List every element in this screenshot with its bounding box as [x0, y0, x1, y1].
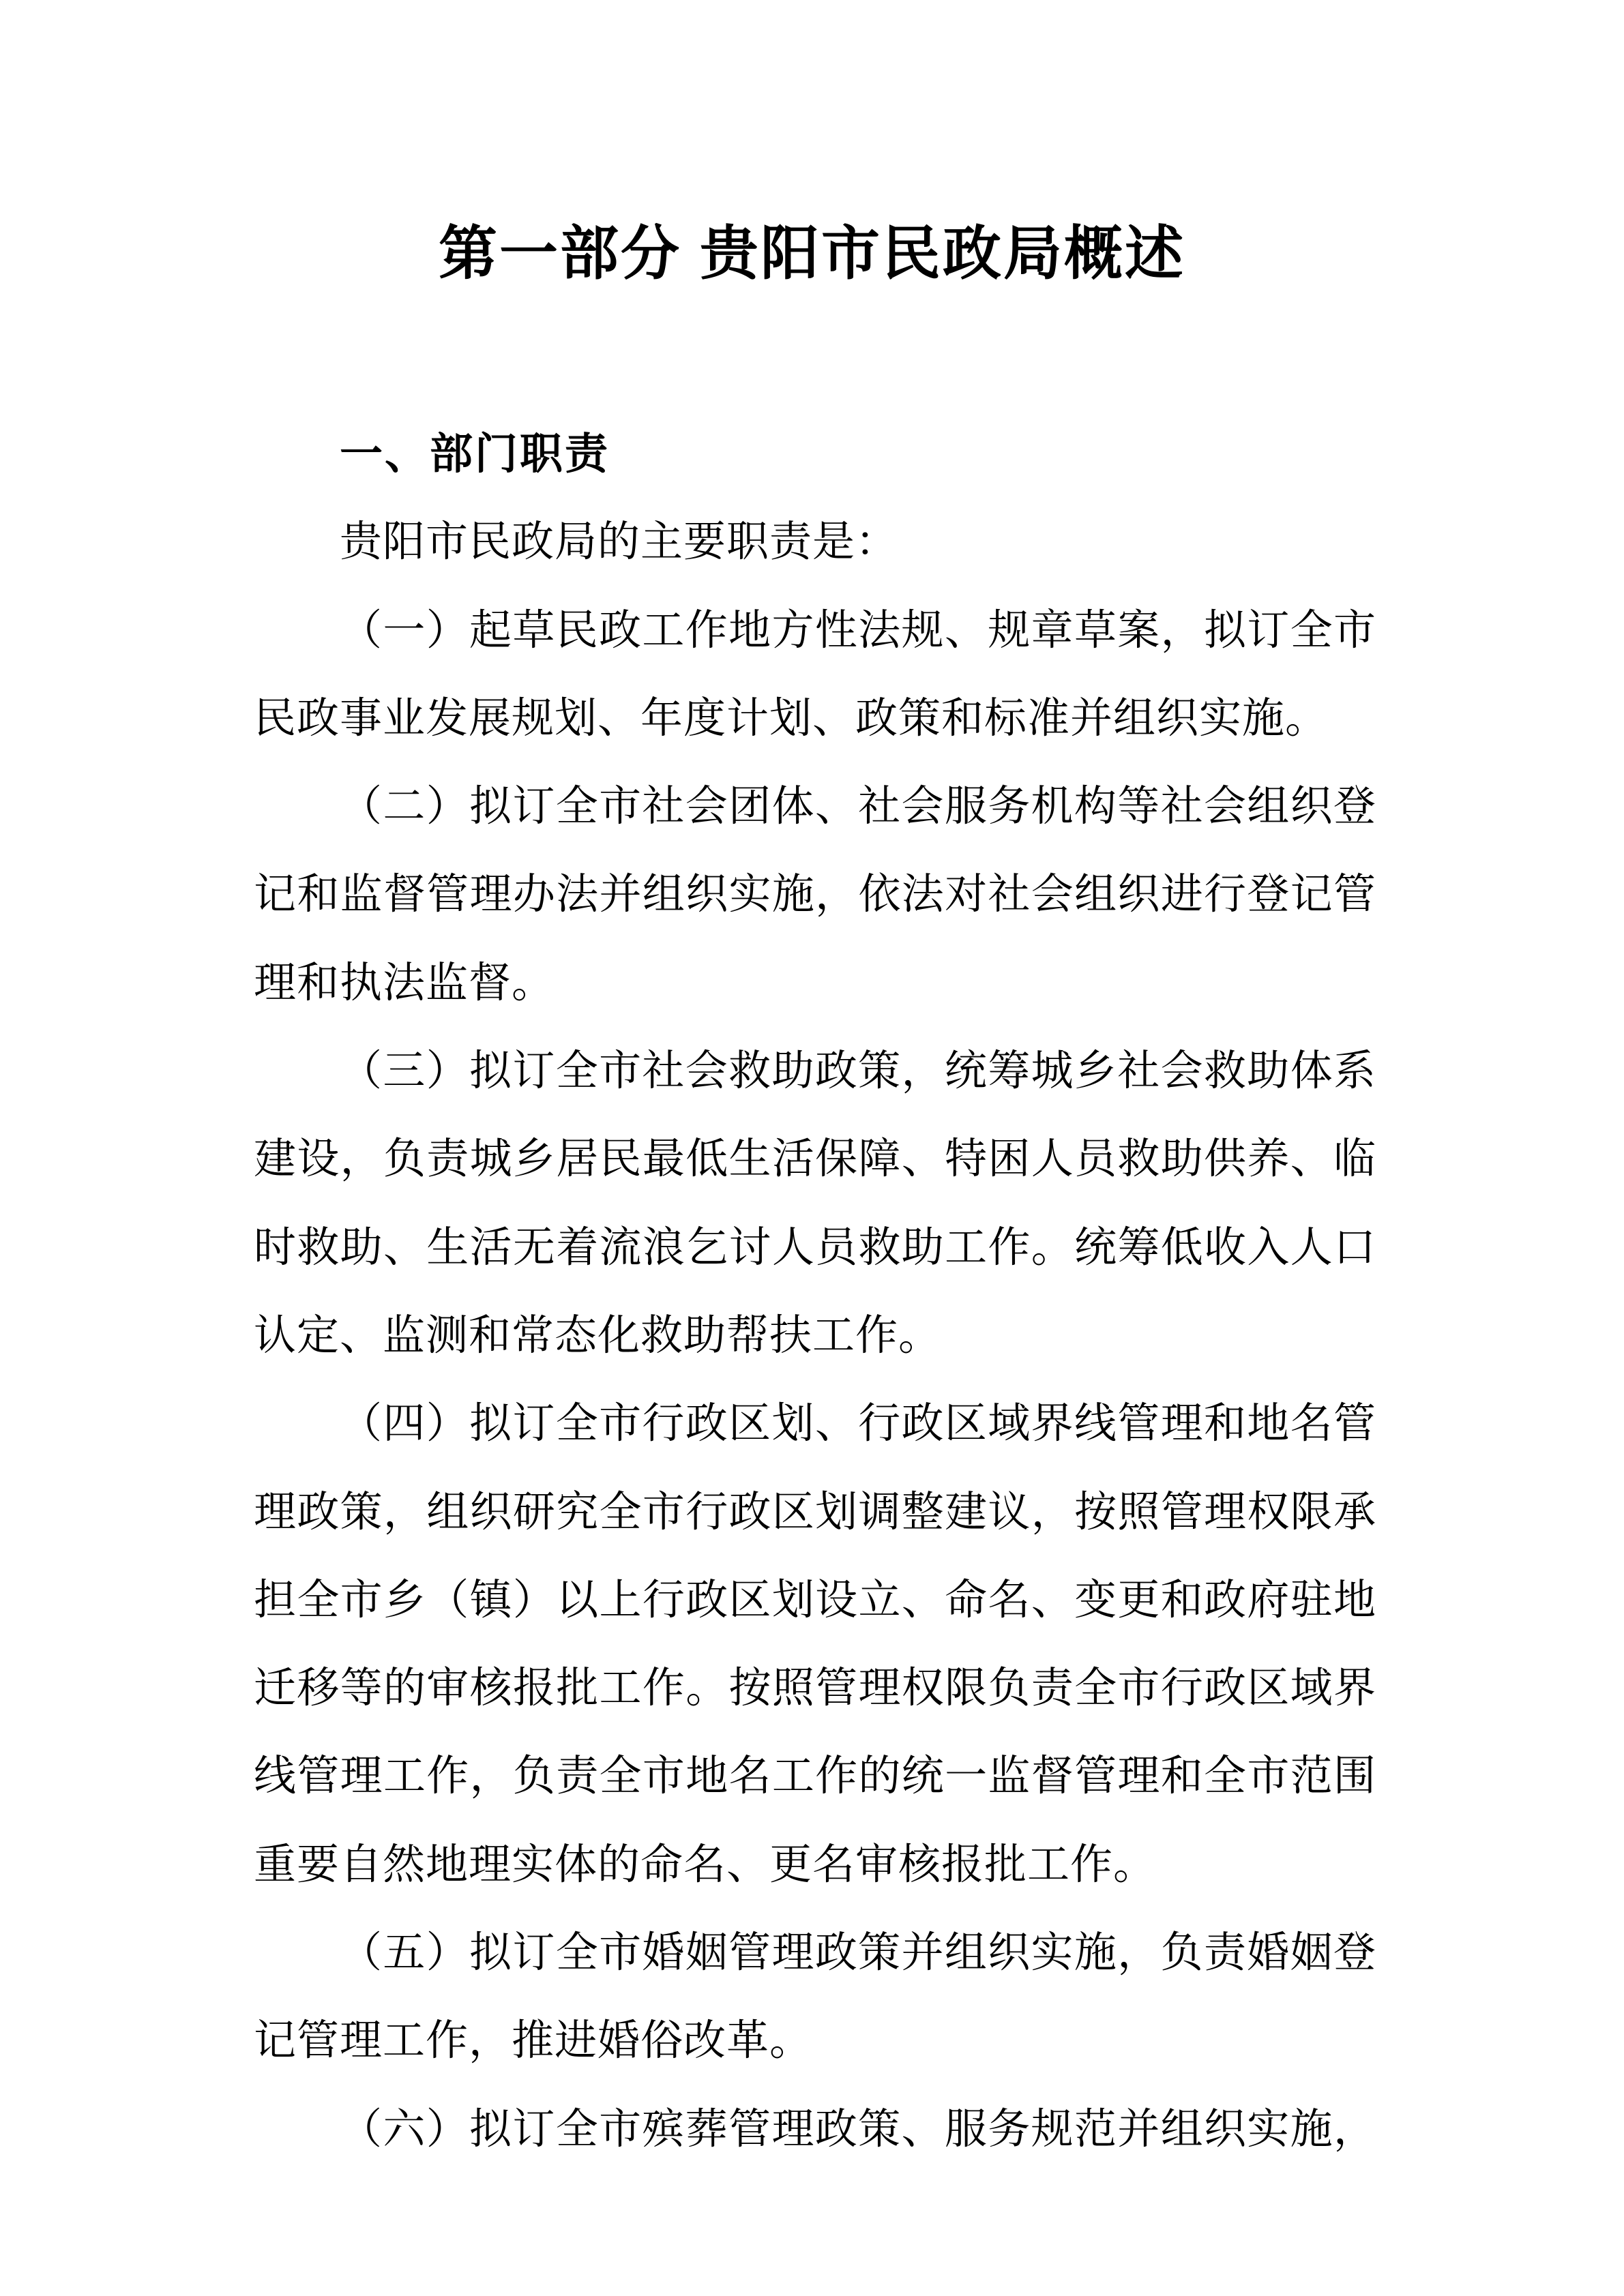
text-line: （五）拟订全市婚姻管理政策并组织实施，负责婚姻登	[254, 1909, 1376, 1997]
text-line: 记管理工作，推进婚俗改革。	[254, 1997, 1376, 2085]
text-line: （六）拟订全市殡葬管理政策、服务规范并组织实施，	[254, 2086, 1376, 2174]
text-line: 担全市乡（镇）以上行政区划设立、命名、变更和政府驻地	[254, 1557, 1376, 1645]
text-line: （三）拟订全市社会救助政策，统筹城乡社会救助体系	[254, 1028, 1376, 1116]
text-line: 记和监督管理办法并组织实施，依法对社会组织进行登记管	[254, 851, 1376, 939]
document-body: 一、部门职责 贵阳市民政局的主要职责是：（一）起草民政工作地方性法规、规章草案，…	[254, 411, 1376, 2174]
text-line: 认定、监测和常态化救助帮扶工作。	[254, 1292, 1376, 1380]
section-heading: 一、部门职责	[254, 411, 1376, 498]
text-line: （四）拟订全市行政区划、行政区域界线管理和地名管	[254, 1380, 1376, 1468]
text-line: 民政事业发展规划、年度计划、政策和标准并组织实施。	[254, 675, 1376, 763]
text-line: 理政策，组织研究全市行政区划调整建议，按照管理权限承	[254, 1469, 1376, 1557]
text-line: （一）起草民政工作地方性法规、规章草案，拟订全市	[254, 587, 1376, 675]
document-page: 第一部分 贵阳市民政局概述 一、部门职责 贵阳市民政局的主要职责是：（一）起草民…	[0, 0, 1624, 2296]
text-line: （二）拟订全市社会团体、社会服务机构等社会组织登	[254, 763, 1376, 851]
document-lines: 贵阳市民政局的主要职责是：（一）起草民政工作地方性法规、规章草案，拟订全市民政事…	[254, 498, 1376, 2174]
text-line: 时救助、生活无着流浪乞讨人员救助工作。统筹低收入人口	[254, 1204, 1376, 1292]
text-line: 线管理工作，负责全市地名工作的统一监督管理和全市范围	[254, 1733, 1376, 1821]
page-title: 第一部分 贵阳市民政局概述	[0, 223, 1624, 284]
text-line: 重要自然地理实体的命名、更名审核报批工作。	[254, 1821, 1376, 1909]
text-line: 贵阳市民政局的主要职责是：	[254, 498, 1376, 586]
text-line: 迁移等的审核报批工作。按照管理权限负责全市行政区域界	[254, 1645, 1376, 1733]
text-line: 理和执法监督。	[254, 940, 1376, 1028]
text-line: 建设，负责城乡居民最低生活保障、特困人员救助供养、临	[254, 1116, 1376, 1204]
